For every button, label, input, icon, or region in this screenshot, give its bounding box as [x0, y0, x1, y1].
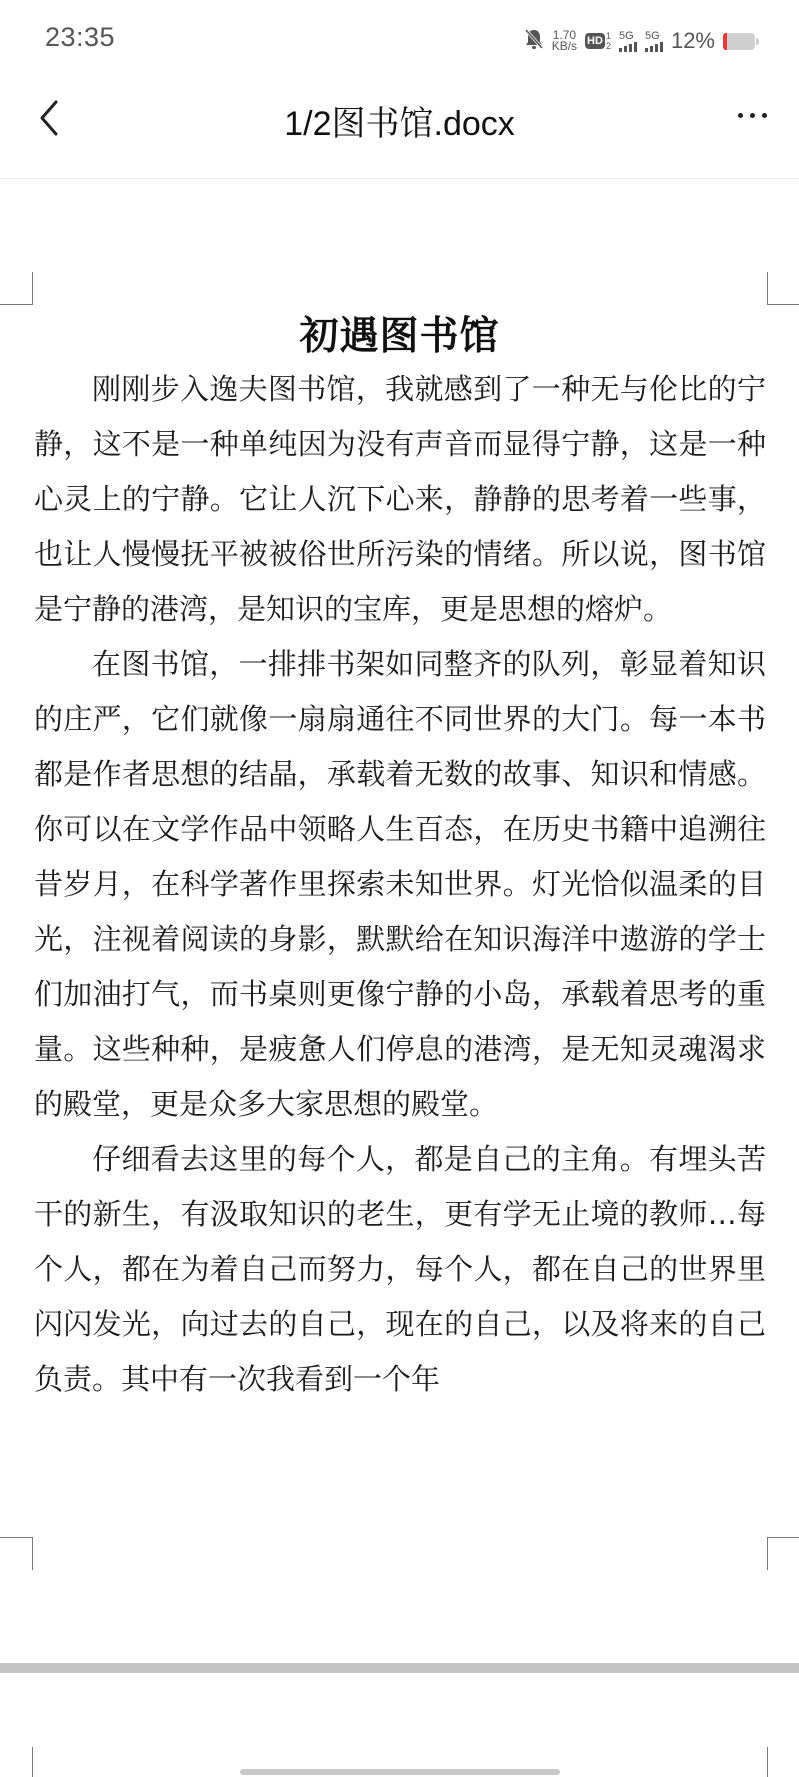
signal1-label: 5G [619, 31, 634, 42]
more-dot-icon [750, 113, 755, 118]
page-margin-corner-top-left [0, 272, 33, 305]
document-viewer[interactable]: 初遇图书馆 刚刚步入逸夫图书馆，我就感到了一种无与伦比的宁静，这不是一种单纯因为… [0, 179, 799, 1777]
signal-5g-icon-2: 5G [645, 31, 663, 52]
network-speed-unit: KB/s [552, 41, 577, 52]
signal-5g-icon-1: 5G [619, 31, 637, 52]
document-title-header: 1/2图书馆.docx [0, 96, 799, 145]
page-margin-corner-bottom-left [0, 1537, 33, 1570]
network-speed: 1.70 KB/s [552, 30, 577, 52]
more-dot-icon [762, 113, 767, 118]
hd-sub-bottom: 2 [606, 41, 611, 51]
page-separator [0, 1663, 799, 1673]
nav-bar: 1/2图书馆.docx [0, 80, 799, 179]
next-page-margin-corner-right [767, 1747, 799, 1777]
signal2-label: 5G [645, 31, 660, 42]
paragraph: 仔细看去这里的每个人，都是自己的主角。有埋头苦干的新生，有汲取知识的老生，更有学… [34, 1132, 766, 1407]
paragraph: 刚刚步入逸夫图书馆，我就感到了一种无与伦比的宁静，这不是一种单纯因为没有声音而显… [34, 362, 766, 637]
battery-percent: 12% [671, 28, 715, 54]
bell-off-icon [524, 28, 544, 55]
page-margin-corner-top-right [767, 272, 799, 305]
hd-sub-top: 1 [606, 31, 611, 41]
hd-label: HD [585, 33, 605, 49]
document-heading: 初遇图书馆 [0, 305, 799, 361]
home-indicator[interactable] [240, 1769, 560, 1775]
status-bar: 23:35 1.70 KB/s HD 1 2 5G 5G [0, 0, 799, 80]
page-margin-corner-bottom-right [767, 1537, 799, 1570]
battery-icon [723, 33, 755, 50]
status-time: 23:35 [45, 22, 115, 53]
next-page-margin-corner-left [0, 1747, 33, 1777]
document-body: 刚刚步入逸夫图书馆，我就感到了一种无与伦比的宁静，这不是一种单纯因为没有声音而显… [34, 362, 766, 1407]
more-dot-icon [738, 113, 743, 118]
status-icons: 1.70 KB/s HD 1 2 5G 5G 12% [524, 26, 755, 56]
hd-voice-icon: HD 1 2 [585, 31, 611, 51]
more-options-button[interactable] [727, 100, 777, 130]
paragraph: 在图书馆，一排排书架如同整齐的队列，彰显着知识的庄严，它们就像一扇扇通往不同世界… [34, 637, 766, 1132]
